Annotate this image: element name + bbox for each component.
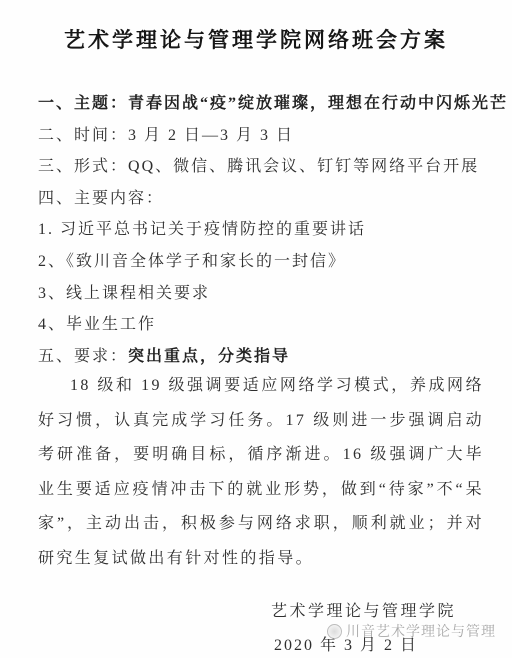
item-label: 4、 — [38, 316, 66, 333]
item-text: 3 月 2 日—3 月 3 日 — [128, 127, 294, 144]
list-item-content-heading: 四、主要内容： — [38, 183, 484, 215]
list-item-content-4: 4、毕业生工作 — [38, 309, 484, 341]
list-item-content-3: 3、线上课程相关要求 — [38, 278, 484, 310]
document-title: 艺术学理论与管理学院网络班会方案 — [0, 24, 512, 54]
item-label: 3、 — [38, 285, 66, 302]
body-paragraph: 18 级和 19 级强调要适应网络学习模式，养成网络好习惯，认真完成学习任务。1… — [38, 369, 484, 577]
watermark: 川音艺术学理论与管理 — [327, 621, 496, 641]
item-text: 毕业生工作 — [66, 316, 156, 333]
item-label: 四、主要内容： — [38, 190, 164, 207]
watermark-logo-icon — [327, 624, 342, 639]
item-label: 二、时间： — [38, 127, 128, 144]
item-text: 《致川音全体学子和家长的一封信》 — [66, 253, 346, 270]
list-item-theme: 一、主题：青春因战“疫”绽放璀璨，理想在行动中闪烁光芒 — [38, 88, 484, 120]
list-item-time: 二、时间：3 月 2 日—3 月 3 日 — [38, 120, 484, 152]
outline-list: 一、主题：青春因战“疫”绽放璀璨，理想在行动中闪烁光芒 二、时间：3 月 2 日… — [38, 88, 484, 372]
item-text: 习近平总书记关于疫情防控的重要讲话 — [60, 221, 366, 238]
list-item-requirements: 五、要求：突出重点，分类指导 — [38, 341, 484, 373]
list-item-content-1: 1. 习近平总书记关于疫情防控的重要讲话 — [38, 214, 484, 246]
item-text: 突出重点，分类指导 — [128, 348, 290, 365]
list-item-content-2: 2、《致川音全体学子和家长的一封信》 — [38, 246, 484, 278]
item-label: 1. — [38, 221, 60, 238]
item-label: 三、形式： — [38, 158, 128, 175]
document-page: 艺术学理论与管理学院网络班会方案 一、主题：青春因战“疫”绽放璀璨，理想在行动中… — [0, 0, 512, 658]
item-text: QQ、微信、腾讯会议、钉钉等网络平台开展 — [128, 158, 479, 175]
item-label: 一、主题： — [38, 95, 128, 112]
item-text: 线上课程相关要求 — [66, 285, 210, 302]
item-label: 五、要求： — [38, 348, 128, 365]
watermark-text: 川音艺术学理论与管理 — [346, 621, 496, 641]
signature-line: 艺术学理论与管理学院 — [271, 598, 456, 621]
list-item-format: 三、形式：QQ、微信、腾讯会议、钉钉等网络平台开展 — [38, 151, 484, 183]
item-label: 2、 — [38, 253, 66, 270]
item-text: 青春因战“疫”绽放璀璨，理想在行动中闪烁光芒 — [128, 95, 508, 112]
